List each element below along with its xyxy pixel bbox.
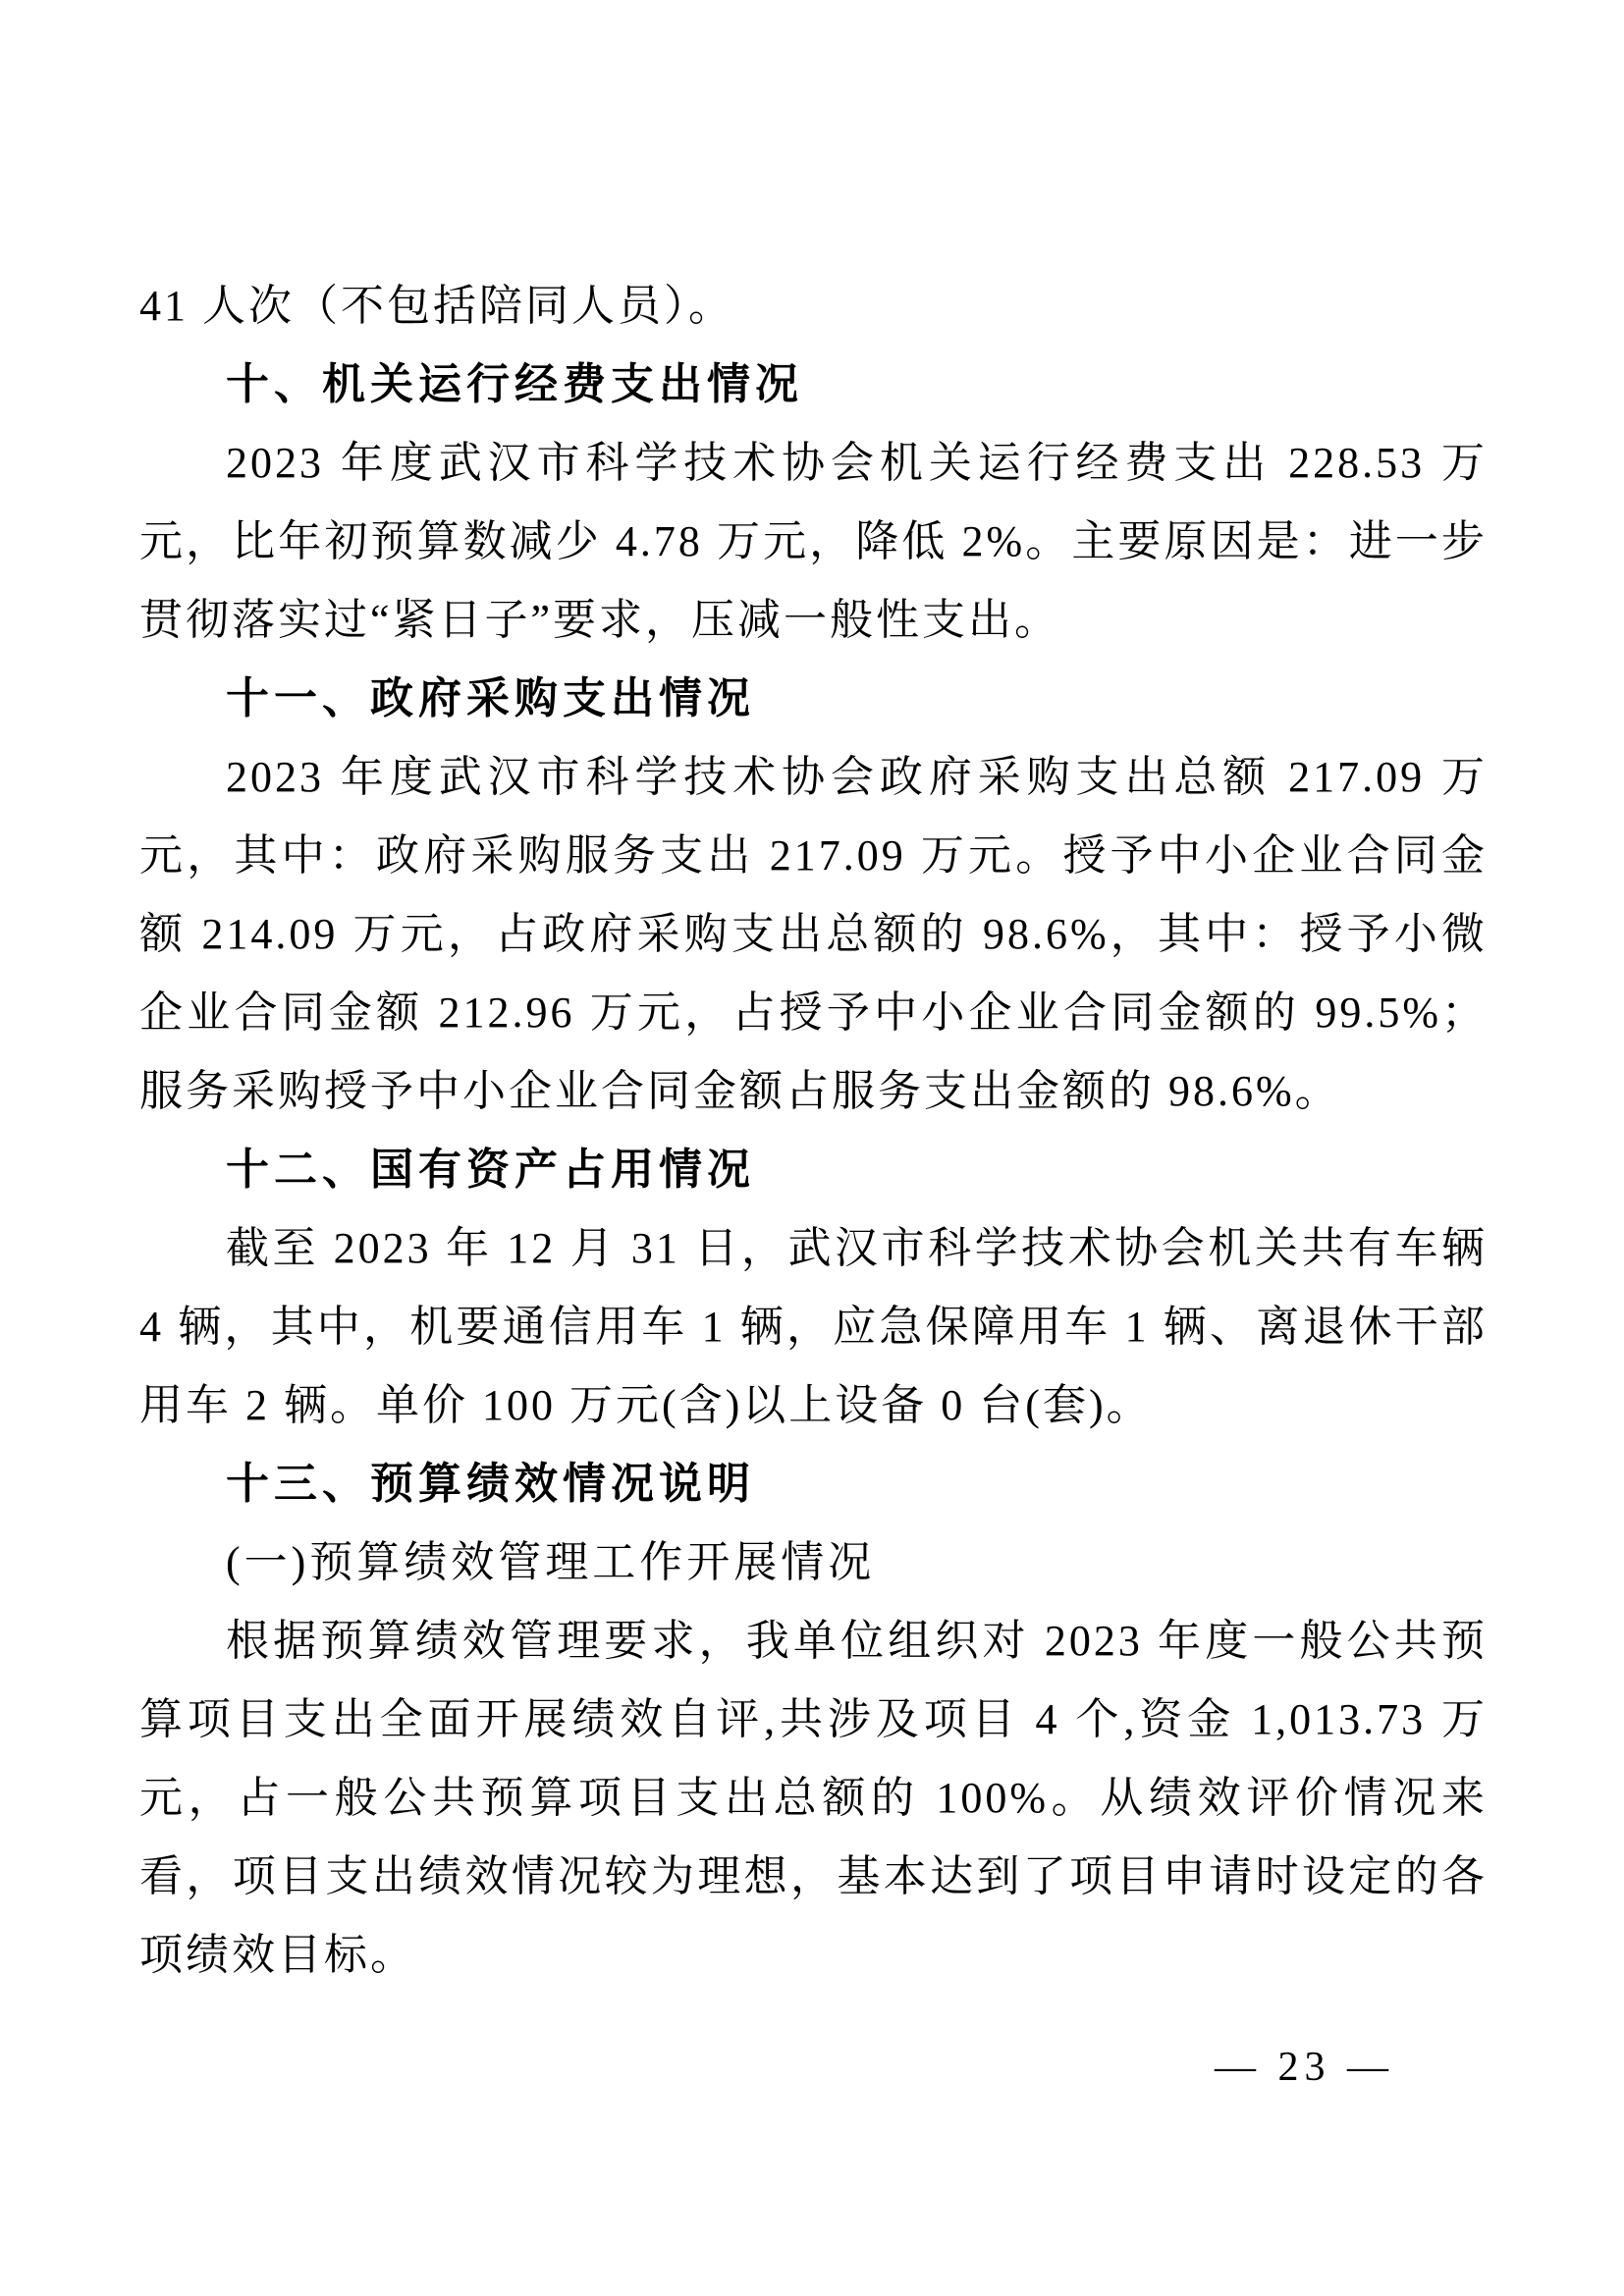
- paragraph-carryover: 41 人次（不包括陪同人员）。: [139, 267, 1488, 346]
- paragraph-operating-expenses: 2023 年度武汉市科学技术协会机关运行经费支出 228.53 万元，比年初预算…: [139, 424, 1488, 660]
- section-heading-10-operating-expenses: 十、机关运行经费支出情况: [139, 346, 1488, 424]
- paragraph-government-procurement: 2023 年度武汉市科学技术协会政府采购支出总额 217.09 万元，其中：政府…: [139, 738, 1488, 1131]
- section-heading-12-state-owned-assets: 十二、国有资产占用情况: [139, 1131, 1488, 1209]
- page-number: — 23 —: [1215, 2044, 1394, 2091]
- section-heading-13-budget-performance: 十三、预算绩效情况说明: [139, 1445, 1488, 1523]
- paragraph-budget-performance: 根据预算绩效管理要求，我单位组织对 2023 年度一般公共预算项目支出全面开展绩…: [139, 1602, 1488, 1995]
- subsection-heading-performance-management: (一)预算绩效管理工作开展情况: [139, 1523, 1488, 1602]
- document-body: 41 人次（不包括陪同人员）。 十、机关运行经费支出情况 2023 年度武汉市科…: [139, 267, 1488, 1995]
- section-heading-11-government-procurement: 十一、政府采购支出情况: [139, 660, 1488, 738]
- paragraph-state-owned-assets: 截至 2023 年 12 月 31 日，武汉市科学技术协会机关共有车辆 4 辆，…: [139, 1209, 1488, 1445]
